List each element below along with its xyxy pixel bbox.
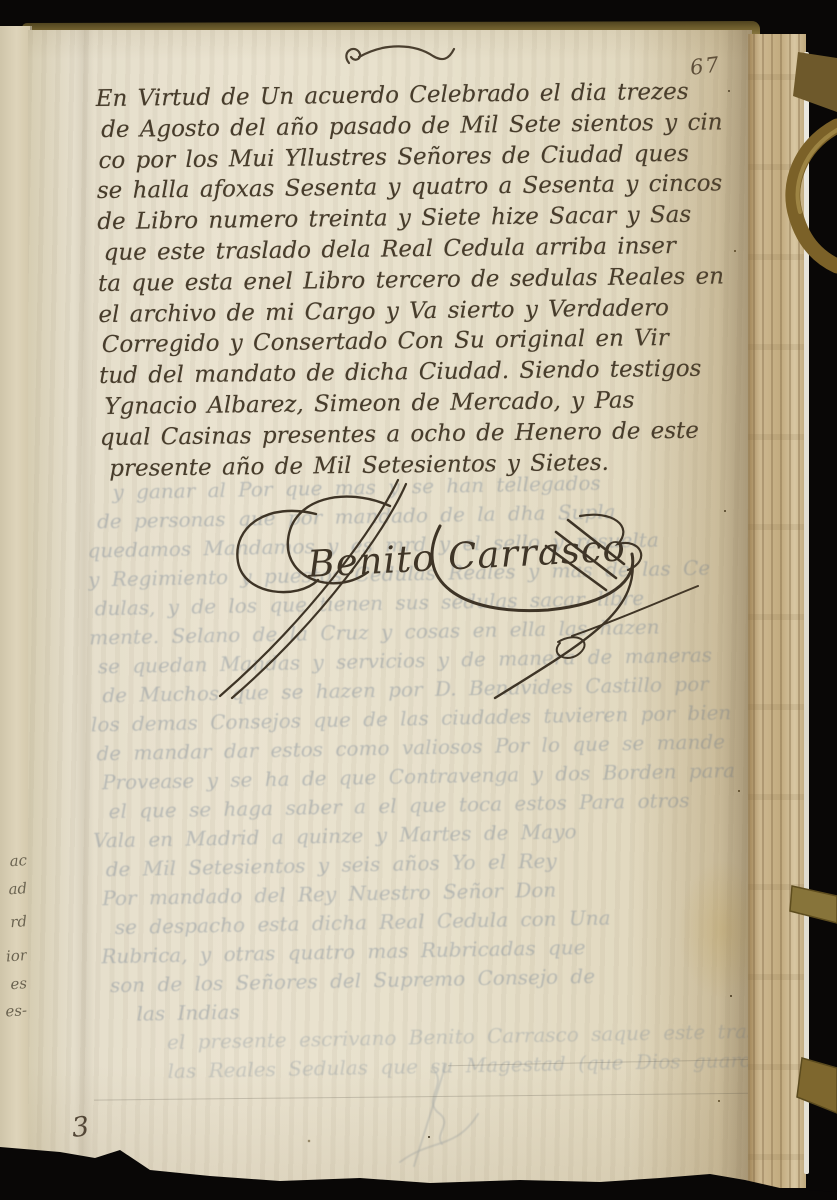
photo-bottom-edge: [0, 0, 837, 1200]
manuscript-photo: acadrdioreses- 67 En Virtud de Un acuerd…: [0, 0, 837, 1200]
